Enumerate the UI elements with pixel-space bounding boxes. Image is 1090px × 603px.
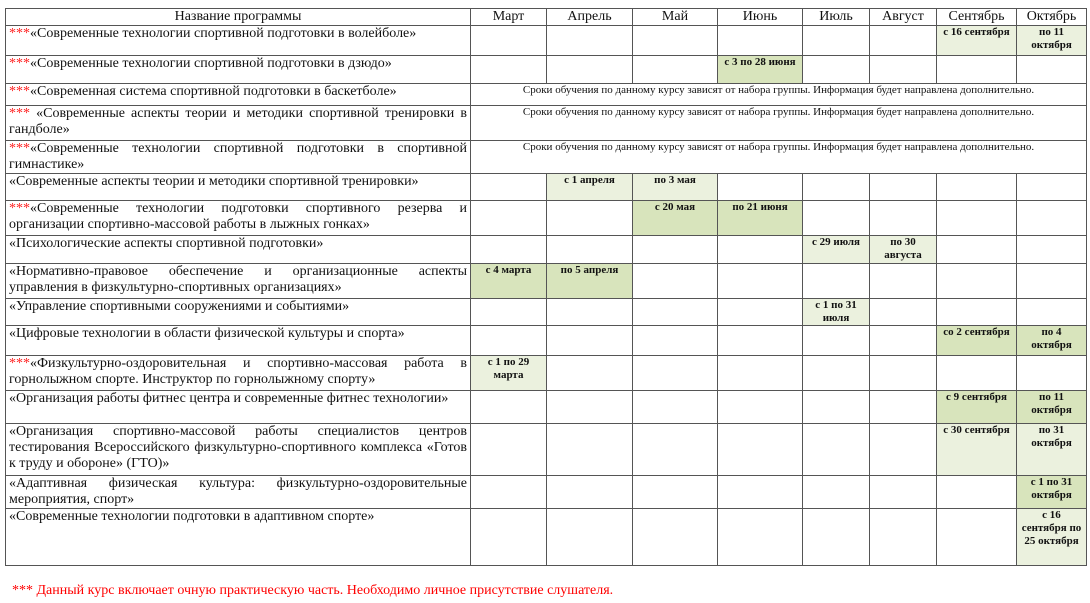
schedule-empty-cell: [1017, 356, 1087, 391]
schedule-empty-cell: [870, 509, 937, 566]
schedule-empty-cell: [547, 26, 633, 56]
schedule-empty-cell: [718, 509, 803, 566]
table-row: ***«Современные технологии спортивной по…: [6, 141, 1087, 174]
schedule-empty-cell: [471, 326, 547, 356]
schedule-empty-cell: [633, 56, 718, 84]
schedule-empty-cell: [471, 391, 547, 424]
schedule-empty-cell: [870, 424, 937, 476]
program-name: «Организация спортивно-массовой работы с…: [6, 424, 471, 476]
schedule-empty-cell: [870, 264, 937, 299]
program-name: «Цифровые технологии в области физическо…: [6, 326, 471, 356]
schedule-date-cell: по 30 августа: [870, 236, 937, 264]
schedule-empty-cell: [803, 264, 870, 299]
program-title: «Управление спортивными сооружениями и с…: [9, 299, 349, 314]
program-name: «Управление спортивными сооружениями и с…: [6, 299, 471, 326]
table-row: ***«Современные технологии подготовки сп…: [6, 201, 1087, 236]
schedule-empty-cell: [870, 356, 937, 391]
schedule-empty-cell: [718, 26, 803, 56]
program-title: «Нормативно-правовое обеспечение и орган…: [9, 264, 467, 295]
schedule-date-cell: по 4 октября: [1017, 326, 1087, 356]
program-name: ***«Современная система спортивной подго…: [6, 84, 471, 106]
schedule-empty-cell: [547, 509, 633, 566]
schedule-empty-cell: [803, 356, 870, 391]
program-title: «Адаптивная физическая культура: физкуль…: [9, 476, 467, 507]
schedule-empty-cell: [633, 326, 718, 356]
schedule-empty-cell: [937, 356, 1017, 391]
schedule-empty-cell: [718, 299, 803, 326]
program-title: «Современные технологии спортивной подго…: [30, 56, 392, 71]
schedule-empty-cell: [1017, 56, 1087, 84]
schedule-date-cell: с 4 марта: [471, 264, 547, 299]
program-title: «Современные технологии подготовки в ада…: [9, 509, 374, 524]
schedule-empty-cell: [633, 264, 718, 299]
table-row: ***«Современные технологии спортивной по…: [6, 56, 1087, 84]
schedule-empty-cell: [718, 236, 803, 264]
program-name: «Современные технологии подготовки в ада…: [6, 509, 471, 566]
schedule-empty-cell: [937, 201, 1017, 236]
header-month: Май: [633, 9, 718, 26]
schedule-empty-cell: [471, 201, 547, 236]
schedule-empty-cell: [870, 391, 937, 424]
table-row: «Организация спортивно-массовой работы с…: [6, 424, 1087, 476]
schedule-empty-cell: [718, 174, 803, 201]
table-row: «Адаптивная физическая культура: физкуль…: [6, 476, 1087, 509]
practical-part-marker: ***: [9, 201, 30, 216]
schedule-empty-cell: [870, 26, 937, 56]
program-title: «Современные аспекты теории и методики с…: [9, 174, 419, 189]
schedule-empty-cell: [937, 299, 1017, 326]
schedule-empty-cell: [633, 509, 718, 566]
schedule-empty-cell: [633, 356, 718, 391]
schedule-empty-cell: [803, 326, 870, 356]
table-row: «Психологические аспекты спортивной подг…: [6, 236, 1087, 264]
schedule-date-cell: с 30 сентября: [937, 424, 1017, 476]
schedule-date-cell: по 11 октября: [1017, 391, 1087, 424]
program-name: ***«Физкультурно-оздоровительная и спорт…: [6, 356, 471, 391]
schedule-date-cell: с 20 мая: [633, 201, 718, 236]
table-row: «Современные аспекты теории и методики с…: [6, 174, 1087, 201]
program-name: ***«Современные технологии подготовки сп…: [6, 201, 471, 236]
header-program-name: Название программы: [6, 9, 471, 26]
schedule-empty-cell: [471, 299, 547, 326]
header-month: Июль: [803, 9, 870, 26]
schedule-date-cell: с 9 сентября: [937, 391, 1017, 424]
schedule-empty-cell: [471, 56, 547, 84]
table-row: «Нормативно-правовое обеспечение и орган…: [6, 264, 1087, 299]
schedule-empty-cell: [633, 424, 718, 476]
program-title: «Организация спортивно-массовой работы с…: [9, 424, 467, 471]
schedule-date-cell: по 5 апреля: [547, 264, 633, 299]
schedule-empty-cell: [547, 356, 633, 391]
table-row: «Организация работы фитнес центра и совр…: [6, 391, 1087, 424]
schedule-empty-cell: [547, 391, 633, 424]
schedule-tbd-note: Сроки обучения по данному курсу зависят …: [471, 106, 1087, 141]
schedule-empty-cell: [1017, 174, 1087, 201]
schedule-table: Название программы Март Апрель Май Июнь …: [5, 8, 1087, 566]
schedule-date-cell: по 3 мая: [633, 174, 718, 201]
schedule-empty-cell: [633, 299, 718, 326]
header-month: Октябрь: [1017, 9, 1087, 26]
schedule-empty-cell: [870, 56, 937, 84]
schedule-empty-cell: [803, 56, 870, 84]
schedule-empty-cell: [1017, 299, 1087, 326]
program-title: «Цифровые технологии в области физическо…: [9, 326, 405, 341]
program-title: «Современные технологии спортивной подго…: [30, 26, 416, 41]
schedule-empty-cell: [547, 326, 633, 356]
program-name: «Адаптивная физическая культура: физкуль…: [6, 476, 471, 509]
schedule-empty-cell: [718, 424, 803, 476]
footnote: *** Данный курс включает очную практичес…: [12, 583, 613, 599]
schedule-empty-cell: [633, 391, 718, 424]
schedule-empty-cell: [547, 236, 633, 264]
program-name: «Нормативно-правовое обеспечение и орган…: [6, 264, 471, 299]
schedule-empty-cell: [937, 264, 1017, 299]
practical-part-marker: ***: [9, 84, 30, 99]
program-title: «Организация работы фитнес центра и совр…: [9, 391, 448, 406]
schedule-empty-cell: [803, 26, 870, 56]
schedule-date-cell: с 3 по 28 июня: [718, 56, 803, 84]
program-title: «Физкультурно-оздоровительная и спортивн…: [9, 356, 467, 387]
schedule-date-cell: по 31 октября: [1017, 424, 1087, 476]
schedule-tbd-note: Сроки обучения по данному курсу зависят …: [471, 141, 1087, 174]
schedule-empty-cell: [870, 476, 937, 509]
header-month: Апрель: [547, 9, 633, 26]
schedule-date-cell: с 1 по 31 октября: [1017, 476, 1087, 509]
schedule-empty-cell: [803, 174, 870, 201]
table-row: *** «Современные аспекты теории и методи…: [6, 106, 1087, 141]
schedule-empty-cell: [547, 299, 633, 326]
table-row: ***«Современные технологии спортивной по…: [6, 26, 1087, 56]
table-row: «Современные технологии подготовки в ада…: [6, 509, 1087, 566]
schedule-empty-cell: [471, 26, 547, 56]
program-name: «Организация работы фитнес центра и совр…: [6, 391, 471, 424]
schedule-empty-cell: [803, 424, 870, 476]
table-row: «Цифровые технологии в области физическо…: [6, 326, 1087, 356]
schedule-date-cell: с 1 по 29 марта: [471, 356, 547, 391]
schedule-empty-cell: [937, 509, 1017, 566]
program-title: «Современные аспекты теории и методики с…: [9, 106, 467, 137]
schedule-empty-cell: [471, 174, 547, 201]
table-row: «Управление спортивными сооружениями и с…: [6, 299, 1087, 326]
program-name: ***«Современные технологии спортивной по…: [6, 26, 471, 56]
schedule-empty-cell: [1017, 264, 1087, 299]
program-title: «Психологические аспекты спортивной подг…: [9, 236, 323, 251]
schedule-empty-cell: [937, 174, 1017, 201]
practical-part-marker: ***: [9, 26, 30, 41]
schedule-empty-cell: [471, 236, 547, 264]
schedule-empty-cell: [1017, 236, 1087, 264]
schedule-empty-cell: [718, 356, 803, 391]
schedule-empty-cell: [471, 476, 547, 509]
schedule-empty-cell: [547, 424, 633, 476]
header-month: Март: [471, 9, 547, 26]
schedule-empty-cell: [870, 201, 937, 236]
schedule-tbd-note: Сроки обучения по данному курсу зависят …: [471, 84, 1087, 106]
program-title: «Современные технологии спортивной подго…: [9, 141, 467, 172]
schedule-empty-cell: [718, 391, 803, 424]
schedule-date-cell: с 16 сентября по 25 октября: [1017, 509, 1087, 566]
header-row: Название программы Март Апрель Май Июнь …: [6, 9, 1087, 26]
schedule-empty-cell: [803, 476, 870, 509]
program-name: ***«Современные технологии спортивной по…: [6, 56, 471, 84]
program-name: «Современные аспекты теории и методики с…: [6, 174, 471, 201]
schedule-empty-cell: [633, 236, 718, 264]
schedule-date-cell: по 11 октября: [1017, 26, 1087, 56]
schedule-empty-cell: [718, 326, 803, 356]
schedule-empty-cell: [937, 476, 1017, 509]
schedule-empty-cell: [547, 56, 633, 84]
table-row: ***«Современная система спортивной подго…: [6, 84, 1087, 106]
schedule-empty-cell: [803, 201, 870, 236]
schedule-empty-cell: [1017, 201, 1087, 236]
schedule-empty-cell: [718, 264, 803, 299]
program-name: *** «Современные аспекты теории и методи…: [6, 106, 471, 141]
schedule-empty-cell: [633, 476, 718, 509]
table-row: ***«Физкультурно-оздоровительная и спорт…: [6, 356, 1087, 391]
schedule-date-cell: по 21 июня: [718, 201, 803, 236]
schedule-empty-cell: [870, 174, 937, 201]
schedule-empty-cell: [471, 509, 547, 566]
schedule-empty-cell: [870, 326, 937, 356]
practical-part-marker: ***: [9, 141, 30, 156]
schedule-date-cell: с 1 апреля: [547, 174, 633, 201]
schedule-empty-cell: [803, 509, 870, 566]
schedule-empty-cell: [803, 391, 870, 424]
program-title: «Современная система спортивной подготов…: [30, 84, 397, 99]
schedule-empty-cell: [547, 476, 633, 509]
header-month: Сентябрь: [937, 9, 1017, 26]
header-month: Август: [870, 9, 937, 26]
program-name: «Психологические аспекты спортивной подг…: [6, 236, 471, 264]
schedule-empty-cell: [547, 201, 633, 236]
schedule-empty-cell: [937, 236, 1017, 264]
practical-part-marker: ***: [9, 356, 30, 371]
schedule-empty-cell: [870, 299, 937, 326]
header-month: Июнь: [718, 9, 803, 26]
program-name: ***«Современные технологии спортивной по…: [6, 141, 471, 174]
program-title: «Современные технологии подготовки спорт…: [9, 201, 467, 232]
schedule-date-cell: с 16 сентября: [937, 26, 1017, 56]
practical-part-marker: ***: [9, 56, 30, 71]
schedule-empty-cell: [633, 26, 718, 56]
schedule-date-cell: со 2 сентября: [937, 326, 1017, 356]
practical-part-marker: ***: [9, 106, 36, 121]
schedule-date-cell: с 29 июля: [803, 236, 870, 264]
schedule-date-cell: с 1 по 31 июля: [803, 299, 870, 326]
schedule-empty-cell: [718, 476, 803, 509]
schedule-empty-cell: [471, 424, 547, 476]
schedule-empty-cell: [937, 56, 1017, 84]
